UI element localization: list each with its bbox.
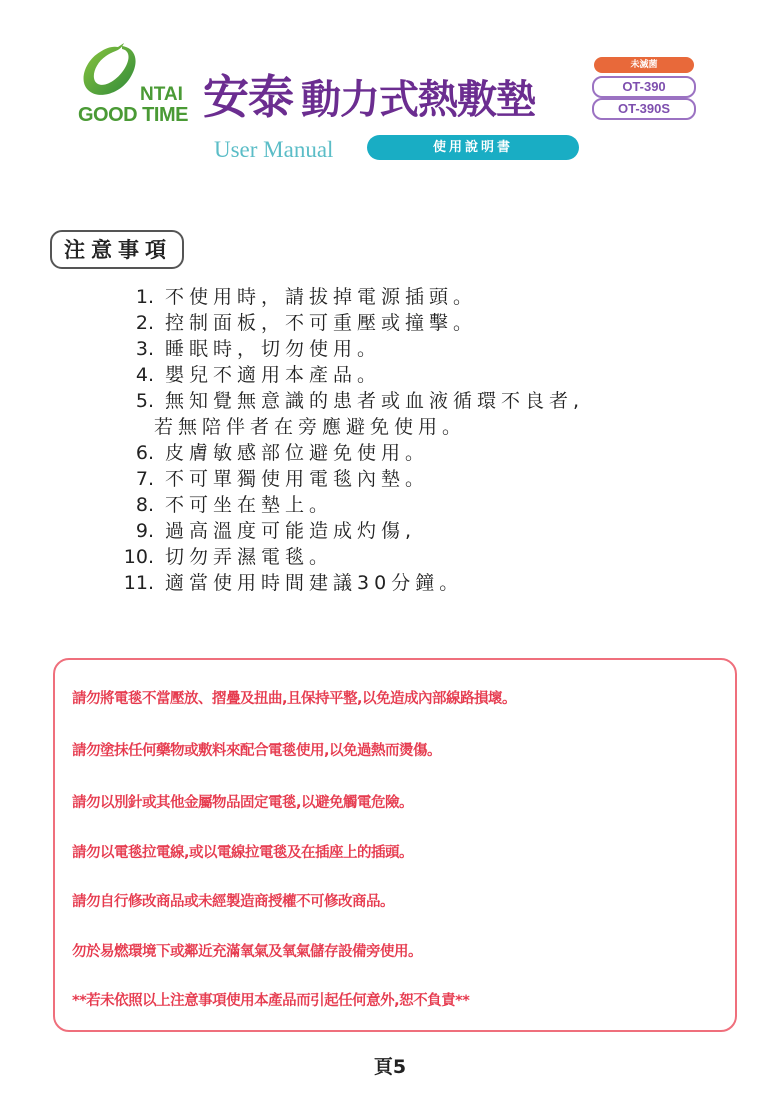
warning-line: 請勿自行修改商品或未經製造商授權不可修改商品。 <box>72 890 394 911</box>
list-item: 1. 不使用時，請拔掉電源插頭。 <box>110 284 584 310</box>
warning-line: 請勿以電毯拉電線,或以電線拉電毯及在插座上的插頭。 <box>72 841 413 862</box>
brand-good-time: GOOD TIME <box>78 104 188 127</box>
item-number: 4. <box>110 362 154 388</box>
list-item: 8. 不可坐在墊上。 <box>110 492 584 518</box>
item-text: 睡眠時，切勿使用。 <box>165 338 381 360</box>
item-text: 若無陪伴者在旁應避免使用。 <box>154 416 466 438</box>
item-number: 7. <box>110 466 154 492</box>
item-text: 不可單獨使用電毯內墊。 <box>165 468 429 490</box>
item-number: 1. <box>110 284 154 310</box>
item-number: 6. <box>110 440 154 466</box>
brand-ntai: NTAI <box>140 84 183 106</box>
list-item: 11. 適當使用時間建議30分鐘。 <box>110 570 584 596</box>
page-number: 頁5 <box>0 1052 780 1079</box>
item-text: 皮膚敏感部位避免使用。 <box>165 442 429 464</box>
title-product: 動力式熱敷墊 <box>301 77 535 123</box>
item-text: 無知覺無意識的患者或血液循環不良者, <box>165 390 584 412</box>
list-item: 9. 過高溫度可能造成灼傷, <box>110 518 584 544</box>
list-item: 6. 皮膚敏感部位避免使用。 <box>110 440 584 466</box>
user-manual-label: User Manual <box>214 137 333 163</box>
product-title: 安泰動力式熱敷墊 <box>203 74 535 120</box>
list-item: 10. 切勿弄濕電毯。 <box>110 544 584 570</box>
item-number: 11. <box>110 570 154 596</box>
item-text: 切勿弄濕電毯。 <box>165 546 333 568</box>
model-badge-ot390: OT-390 <box>592 76 696 98</box>
item-number: 5. <box>110 388 154 414</box>
notes-list: 1. 不使用時，請拔掉電源插頭。 2. 控制面板，不可重壓或撞擊。 3. 睡眠時… <box>110 284 584 596</box>
warning-line: 勿於易燃環境下或鄰近充滿氧氣及氧氣儲存設備旁使用。 <box>72 940 422 961</box>
list-item: 3. 睡眠時，切勿使用。 <box>110 336 584 362</box>
warning-line: 請勿以別針或其他金屬物品固定電毯,以避免觸電危險。 <box>72 791 413 812</box>
item-number: 3. <box>110 336 154 362</box>
item-text: 控制面板，不可重壓或撞擊。 <box>165 312 477 334</box>
item-number: 10. <box>110 544 154 570</box>
notes-heading: 注意事項 <box>50 230 184 269</box>
warning-box: 請勿將電毯不當壓放、摺疊及扭曲,且保持平整,以免造成內部線路損壞。 請勿塗抹任何… <box>53 658 737 1032</box>
sterility-badge: 未滅菌 <box>594 57 694 73</box>
model-badge-ot390s: OT-390S <box>592 98 696 120</box>
warning-line: **若未依照以上注意事項使用本產品而引起任何意外,恕不負責** <box>72 989 469 1010</box>
list-item: 2. 控制面板，不可重壓或撞擊。 <box>110 310 584 336</box>
list-item-continuation: 若無陪伴者在旁應避免使用。 <box>110 414 584 440</box>
title-brand: 安泰 <box>203 70 293 124</box>
list-item: 5. 無知覺無意識的患者或血液循環不良者, <box>110 388 584 414</box>
ontai-logo-icon <box>78 40 142 98</box>
warning-line: 請勿將電毯不當壓放、摺疊及扭曲,且保持平整,以免造成內部線路損壞。 <box>72 687 516 708</box>
item-number: 8. <box>110 492 154 518</box>
item-text: 嬰兒不適用本產品。 <box>165 364 381 386</box>
manual-pill: 使用說明書 <box>367 135 579 160</box>
item-number: 9. <box>110 518 154 544</box>
item-text: 不可坐在墊上。 <box>165 494 333 516</box>
item-text: 適當使用時間建議30分鐘。 <box>165 572 463 594</box>
list-item: 4. 嬰兒不適用本產品。 <box>110 362 584 388</box>
warning-line: 請勿塗抹任何藥物或敷料來配合電毯使用,以免過熱而燙傷。 <box>72 739 441 760</box>
list-item: 7. 不可單獨使用電毯內墊。 <box>110 466 584 492</box>
item-number: 2. <box>110 310 154 336</box>
item-text: 過高溫度可能造成灼傷, <box>165 520 416 542</box>
item-text: 不使用時，請拔掉電源插頭。 <box>165 286 477 308</box>
